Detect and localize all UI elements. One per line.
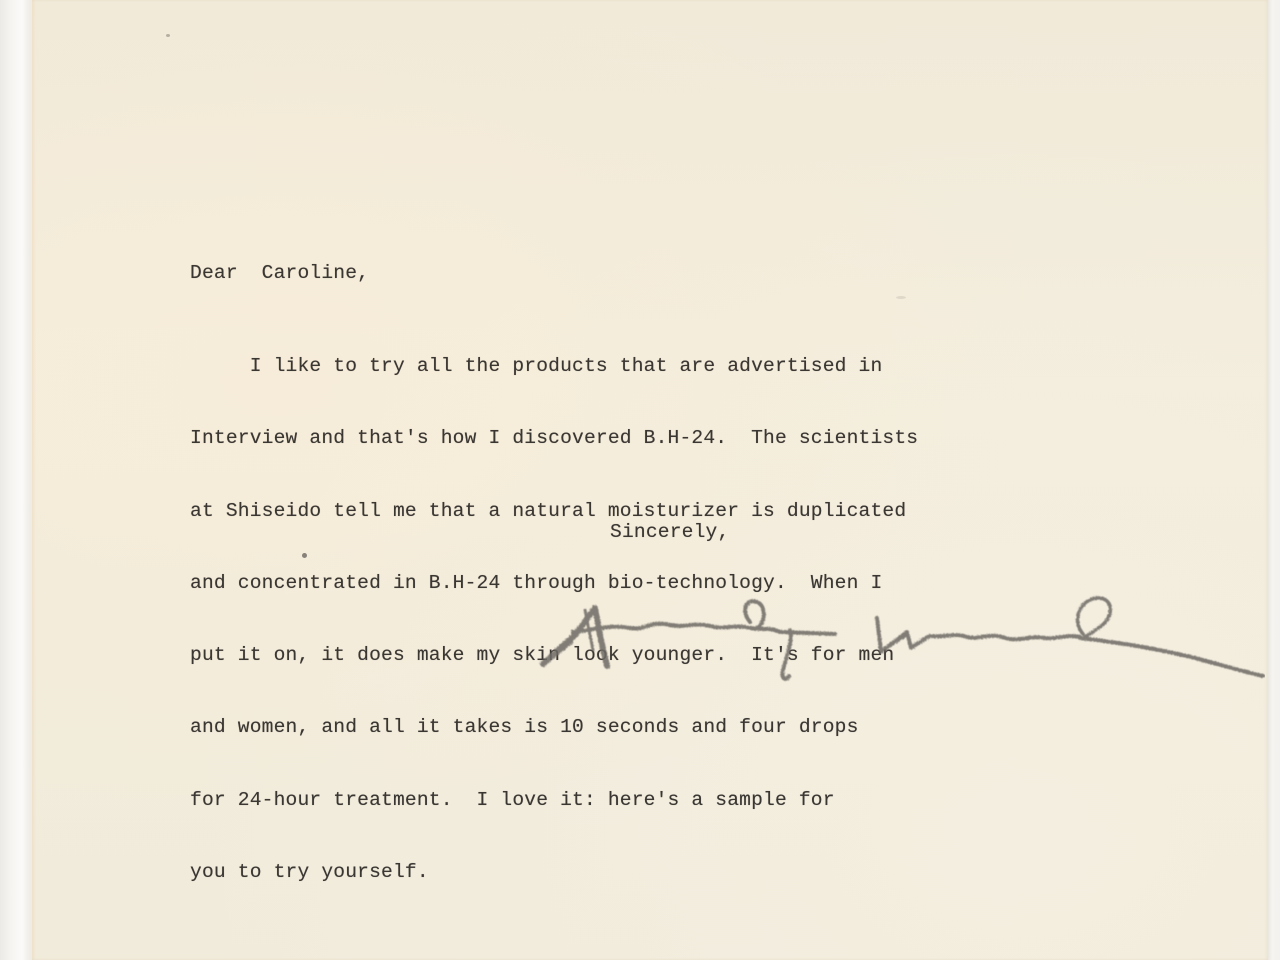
handwritten-signature-icon [535, 580, 1265, 710]
paper-speck [166, 34, 170, 37]
paper-edge [1268, 0, 1280, 960]
body-line: and women, and all it takes is 10 second… [190, 715, 918, 739]
paper-speck [896, 296, 906, 299]
closing: Sincerely, [610, 520, 729, 544]
body-line: at Shiseido tell me that a natural moist… [190, 499, 918, 523]
salutation: Dear Caroline, [190, 261, 369, 285]
body-line: for 24-hour treatment. I love it: here's… [190, 788, 918, 812]
document-frame: Dear Caroline, I like to try all the pro… [0, 0, 1280, 960]
body-line: Interview and that's how I discovered B.… [190, 426, 918, 450]
body-line: you to try yourself. [190, 860, 918, 884]
body-line: I like to try all the products that are … [190, 354, 918, 378]
